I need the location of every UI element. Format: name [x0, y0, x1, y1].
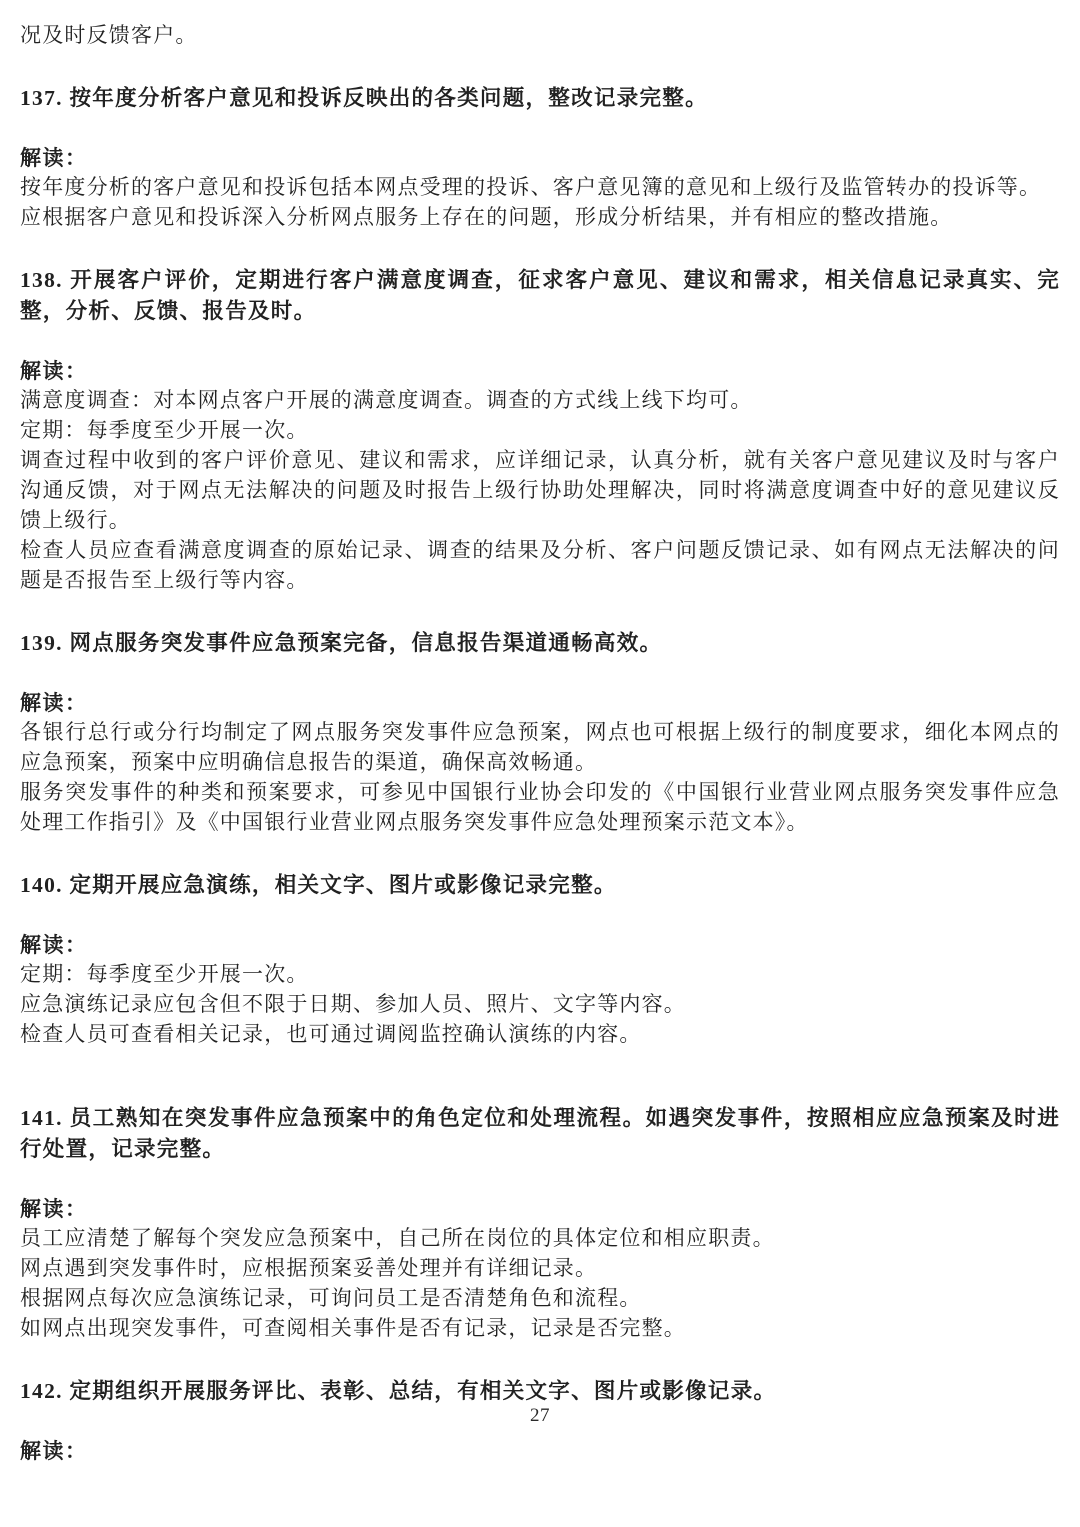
paragraph: 检查人员应查看满意度调查的原始记录、调查的结果及分析、客户问题反馈记录、如有网点…: [20, 535, 1060, 595]
section-141: 141. 员工熟知在突发事件应急预案中的角色定位和处理流程。如遇突发事件，按照相…: [20, 1103, 1060, 1343]
document-page: 况及时反馈客户。 137. 按年度分析客户意见和投诉反映出的各类问题，整改记录完…: [0, 0, 1080, 1527]
paragraph: 定期：每季度至少开展一次。: [20, 959, 1060, 989]
paragraph: 按年度分析的客户意见和投诉包括本网点受理的投诉、客户意见簿的意见和上级行及监管转…: [20, 172, 1060, 202]
paragraph: 如网点出现突发事件，可查阅相关事件是否有记录，记录是否完整。: [20, 1313, 1060, 1343]
item-138-title: 138. 开展客户评价，定期进行客户满意度调查，征求客户意见、建议和需求，相关信…: [20, 265, 1060, 327]
section-140: 140. 定期开展应急演练，相关文字、图片或影像记录完整。 解读： 定期：每季度…: [20, 870, 1060, 1049]
jiedu-label-142: 解读：: [20, 1437, 1060, 1465]
jiedu-label-139: 解读：: [20, 689, 1060, 717]
section-139: 139. 网点服务突发事件应急预案完备，信息报告渠道通畅高效。 解读： 各银行总…: [20, 628, 1060, 837]
paragraph: 服务突发事件的种类和预案要求，可参见中国银行业协会印发的《中国银行业营业网点服务…: [20, 777, 1060, 837]
paragraph: 应急演练记录应包含但不限于日期、参加人员、照片、文字等内容。: [20, 989, 1060, 1019]
item-142-title: 142. 定期组织开展服务评比、表彰、总结，有相关文字、图片或影像记录。: [20, 1376, 1060, 1407]
paragraph: 各银行总行或分行均制定了网点服务突发事件应急预案，网点也可根据上级行的制度要求，…: [20, 717, 1060, 777]
paragraph: 员工应清楚了解每个突发应急预案中，自己所在岗位的具体定位和相应职责。: [20, 1223, 1060, 1253]
item-140-title: 140. 定期开展应急演练，相关文字、图片或影像记录完整。: [20, 870, 1060, 901]
paragraph: 满意度调查：对本网点客户开展的满意度调查。调查的方式线上线下均可。: [20, 385, 1060, 415]
paragraph: 应根据客户意见和投诉深入分析网点服务上存在的问题，形成分析结果，并有相应的整改措…: [20, 202, 1060, 232]
jiedu-label-137: 解读：: [20, 144, 1060, 172]
item-139-title: 139. 网点服务突发事件应急预案完备，信息报告渠道通畅高效。: [20, 628, 1060, 659]
paragraph: 定期：每季度至少开展一次。: [20, 415, 1060, 445]
page-number: 27: [0, 1405, 1080, 1427]
jiedu-label-140: 解读：: [20, 931, 1060, 959]
continuation-paragraph: 况及时反馈客户。: [20, 20, 1060, 50]
item-141-title: 141. 员工熟知在突发事件应急预案中的角色定位和处理流程。如遇突发事件，按照相…: [20, 1103, 1060, 1165]
paragraph: 根据网点每次应急演练记录，可询问员工是否清楚角色和流程。: [20, 1283, 1060, 1313]
paragraph: 网点遇到突发事件时，应根据预案妥善处理并有详细记录。: [20, 1253, 1060, 1283]
paragraph: 调查过程中收到的客户评价意见、建议和需求，应详细记录，认真分析，就有关客户意见建…: [20, 445, 1060, 535]
jiedu-label-138: 解读：: [20, 357, 1060, 385]
section-138: 138. 开展客户评价，定期进行客户满意度调查，征求客户意见、建议和需求，相关信…: [20, 265, 1060, 595]
jiedu-label-141: 解读：: [20, 1195, 1060, 1223]
section-137: 137. 按年度分析客户意见和投诉反映出的各类问题，整改记录完整。 解读： 按年…: [20, 83, 1060, 232]
paragraph: 检查人员可查看相关记录，也可通过调阅监控确认演练的内容。: [20, 1019, 1060, 1049]
item-137-title: 137. 按年度分析客户意见和投诉反映出的各类问题，整改记录完整。: [20, 83, 1060, 114]
